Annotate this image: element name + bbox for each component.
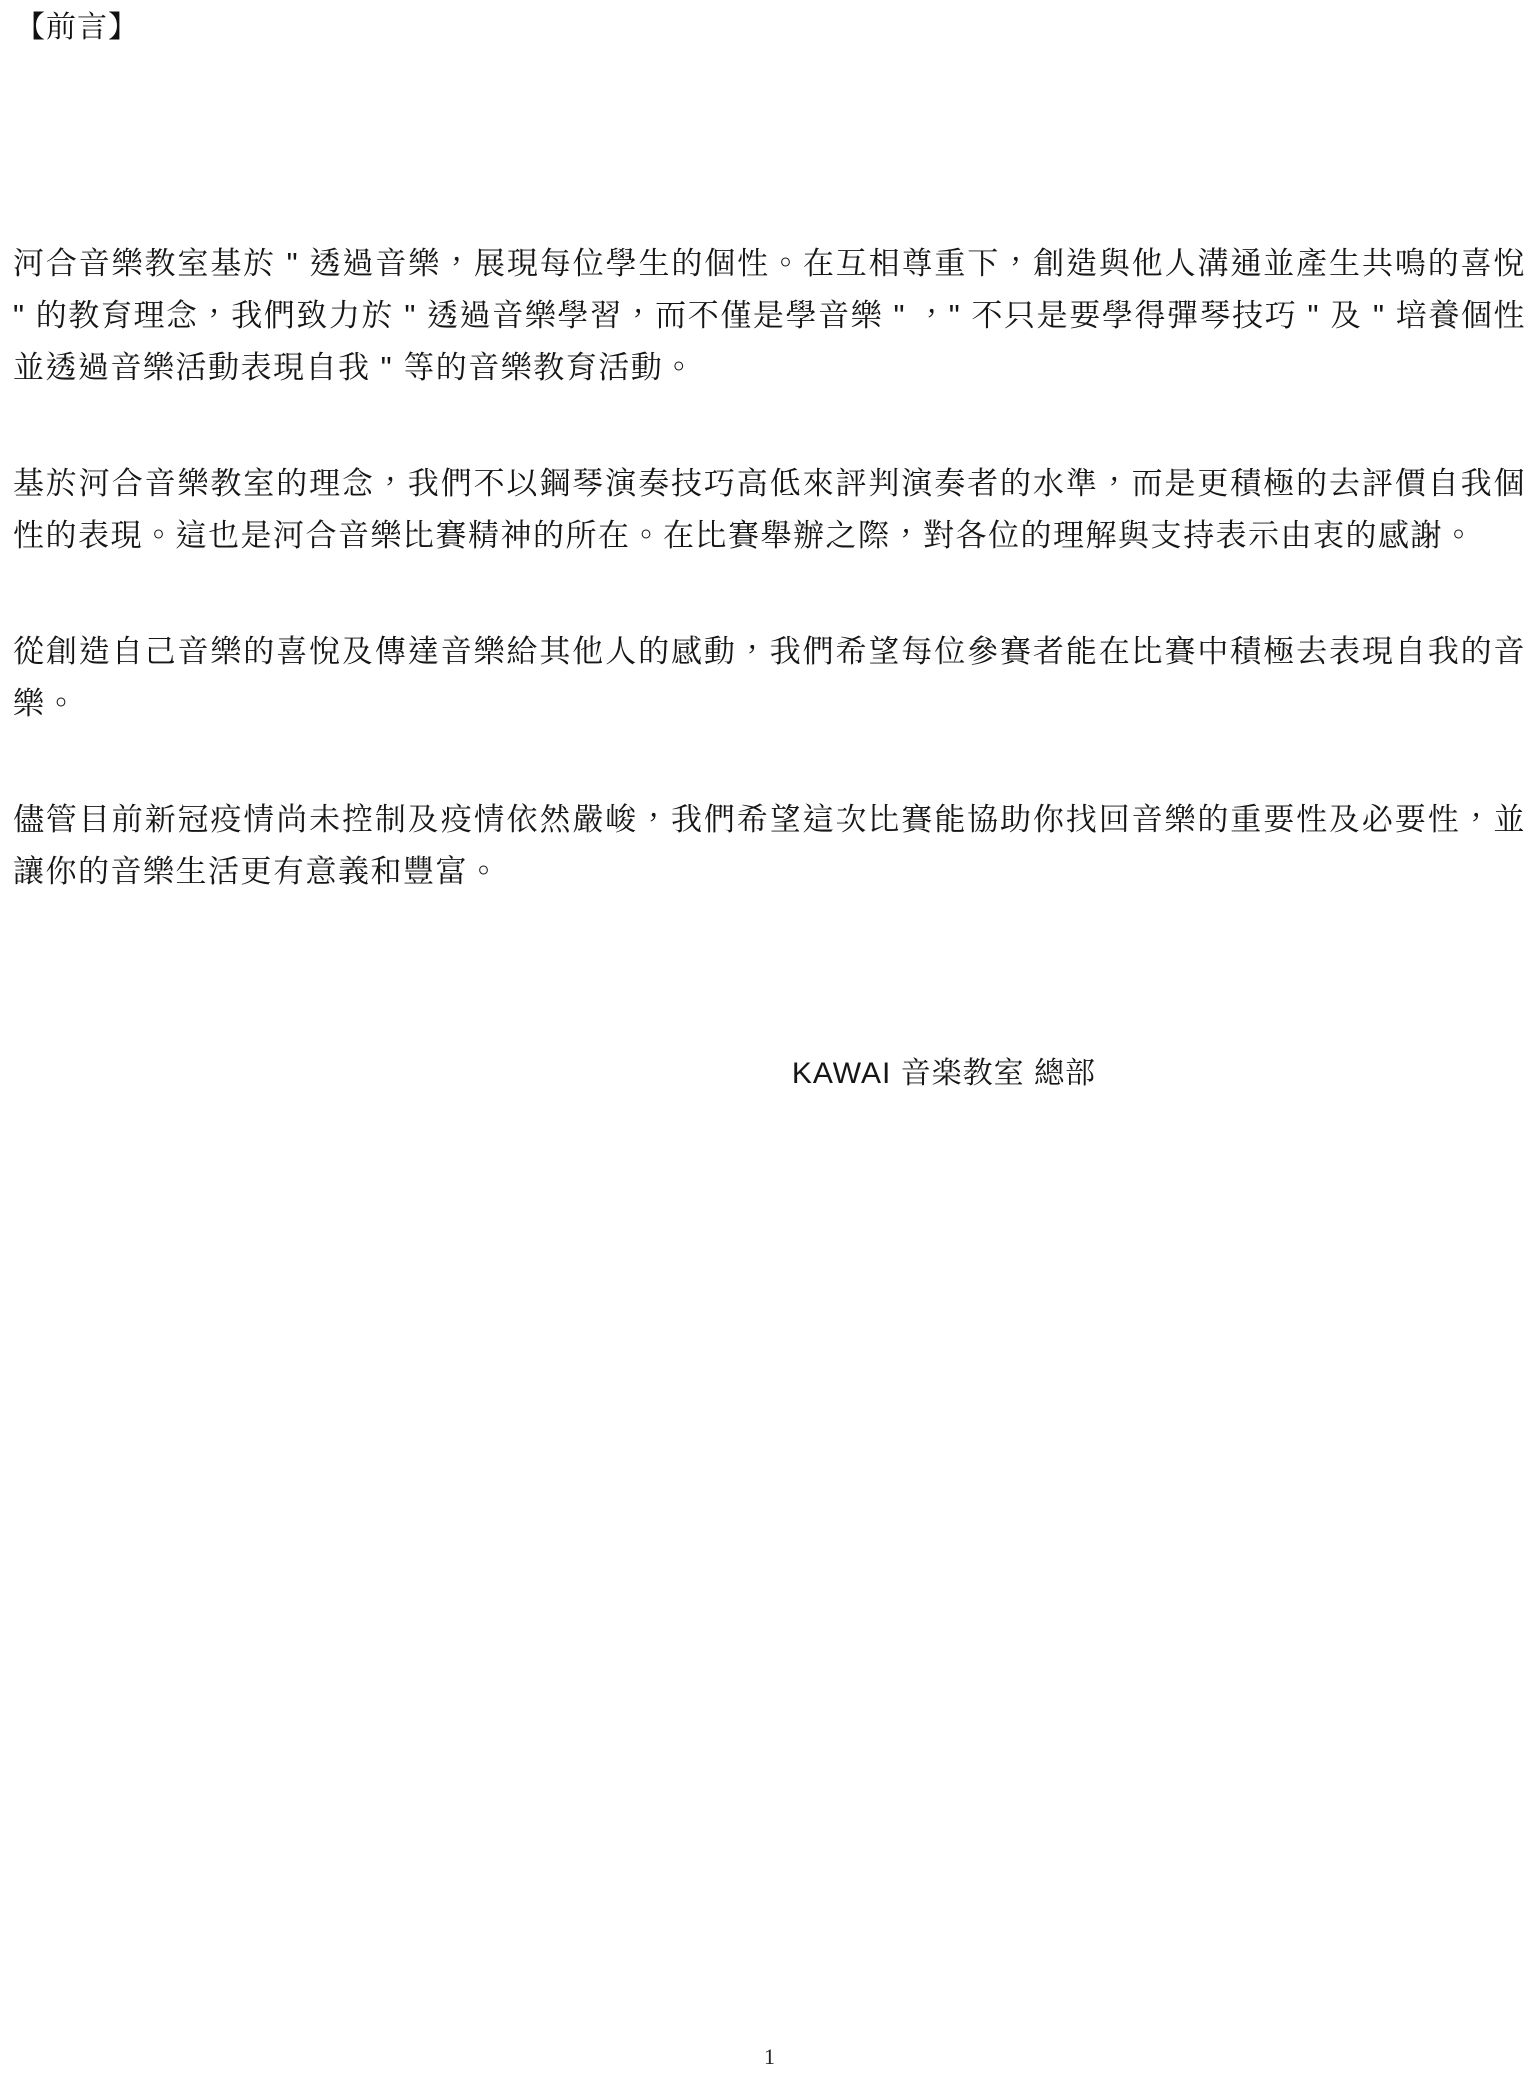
page-number: 1 bbox=[0, 2044, 1539, 2070]
paragraph-participant-hope: 從創造自己音樂的喜悅及傳達音樂給其他人的感動，我們希望每位參賽者能在比賽中積極去… bbox=[13, 626, 1526, 730]
section-title: 【前言】 bbox=[15, 6, 1526, 50]
signoff-kawai-headquarters: KAWAI 音楽教室 總部 bbox=[13, 1053, 1526, 1095]
paragraph-competition-spirit: 基於河合音樂教室的理念，我們不以鋼琴演奏技巧高低來評判演奏者的水準，而是更積極的… bbox=[13, 458, 1526, 562]
document-page: 【前言】 河合音樂教室基於 " 透過音樂，展現每位學生的個性。在互相尊重下，創造… bbox=[0, 0, 1539, 2095]
paragraph-pandemic-note: 儘管目前新冠疫情尚未控制及疫情依然嚴峻，我們希望這次比賽能協助你找回音樂的重要性… bbox=[13, 794, 1526, 898]
paragraph-intro-philosophy: 河合音樂教室基於 " 透過音樂，展現每位學生的個性。在互相尊重下，創造與他人溝通… bbox=[13, 238, 1526, 394]
